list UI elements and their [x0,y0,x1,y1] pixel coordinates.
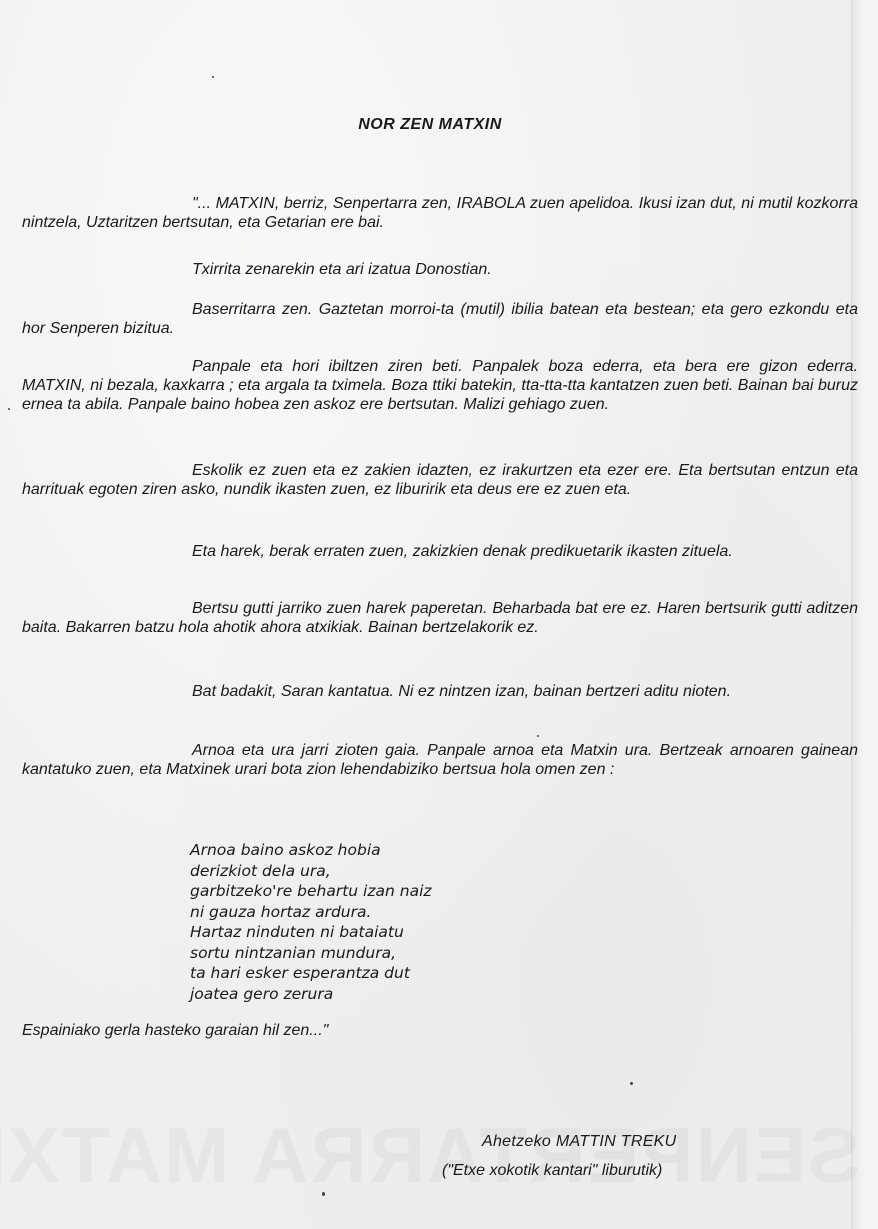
paragraph-text: "... MATXIN, berriz, Senpertarra zen, IR… [22,195,858,231]
paragraph: Bat badakit, Saran kantatua. Ni ez nintz… [22,682,858,701]
paragraph-text: Arnoa eta ura jarri zioten gaia. Panpale… [22,742,858,778]
bleed-through-text: SENPERTARRA MATXIN BERTSULARIA [20,1110,860,1201]
scan-speck [8,408,10,410]
poem-line: sortu nintzanian mundura, [190,943,432,964]
paragraph-text: Txirrita zenarekin eta ari izatua Donost… [192,261,492,278]
scanned-page: SENPERTARRA MATXIN BERTSULARIA NOR ZEN M… [0,0,878,1229]
paragraph: Arnoa eta ura jarri zioten gaia. Panpale… [22,741,858,779]
paragraph: Txirrita zenarekin eta ari izatua Donost… [22,260,858,279]
paragraph-text: Bat badakit, Saran kantatua. Ni ez nintz… [192,683,731,700]
poem-line: ta hari esker esperantza dut [190,963,432,984]
paragraph-text: Bertsu gutti jarriko zuen harek papereta… [22,600,858,636]
paragraph: Baserritarra zen. Gaztetan morroi-ta (mu… [22,300,858,338]
paragraph-text: Baserritarra zen. Gaztetan morroi-ta (mu… [22,301,858,337]
poem-line: joatea gero zerura [190,984,432,1005]
poem-verse: Arnoa baino askoz hobia derizkiot dela u… [190,840,432,1004]
poem-line: ni gauza hortaz ardura. [190,902,432,923]
scan-speck [537,735,539,737]
poem-line: Arnoa baino askoz hobia [190,840,432,861]
closing-line: Espainiako gerla hasteko garaian hil zen… [22,1022,328,1040]
poem-line: Hartaz ninduten ni bataiatu [190,922,432,943]
paragraph-text: Eskolik ez zuen eta ez zakien idazten, e… [22,462,858,498]
page-title: NOR ZEN MATXIN [0,116,860,134]
author-attribution: Ahetzeko MATTIN TREKU [482,1133,677,1151]
scan-speck [322,1192,325,1196]
paragraph: Panpale eta hori ibiltzen ziren beti. Pa… [22,357,858,414]
scan-speck [630,1082,633,1085]
paragraph: Bertsu gutti jarriko zuen harek papereta… [22,599,858,637]
source-citation: ("Etxe xokotik kantari" liburutik) [442,1162,662,1180]
paragraph: Eskolik ez zuen eta ez zakien idazten, e… [22,461,858,499]
paragraph: "... MATXIN, berriz, Senpertarra zen, IR… [22,194,858,232]
paragraph-text: Eta harek, berak erraten zuen, zakizkien… [192,543,733,560]
scan-speck [212,76,214,78]
paragraph-text: Panpale eta hori ibiltzen ziren beti. Pa… [22,358,858,413]
paragraph: Eta harek, berak erraten zuen, zakizkien… [22,542,858,561]
poem-line: derizkiot dela ura, [190,861,432,882]
poem-line: garbitzeko're behartu izan naiz [190,881,432,902]
